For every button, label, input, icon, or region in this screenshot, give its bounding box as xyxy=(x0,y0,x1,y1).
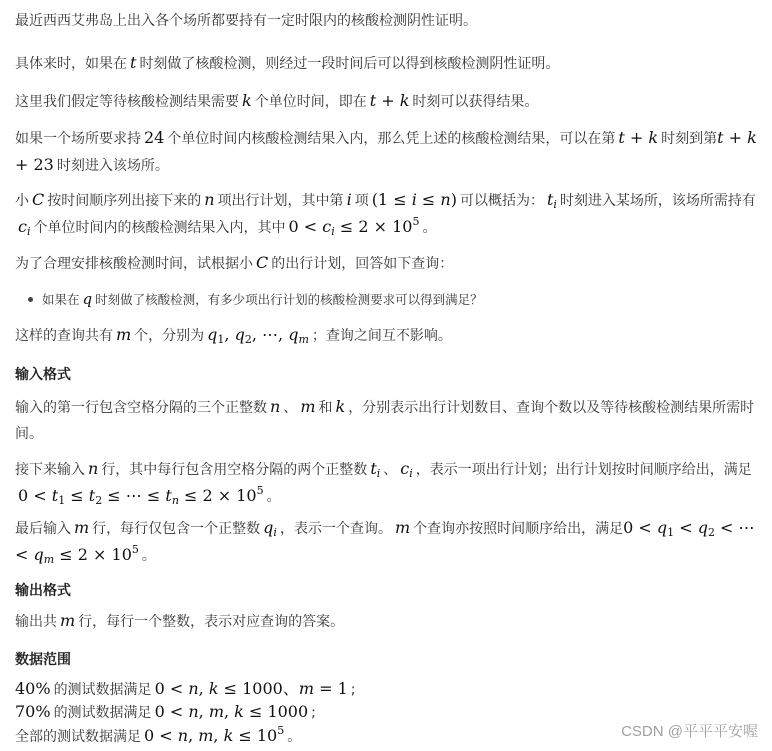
math-i-range: (1 ≤ i ≤ n) xyxy=(369,190,460,209)
math-t-i: ti xyxy=(367,459,383,478)
text: 的测试数据满足 xyxy=(54,705,152,721)
math-t-plus-k: t + k xyxy=(367,91,413,110)
text: 行，每行仅包含一个正整数 xyxy=(92,521,260,537)
text: 。 xyxy=(267,489,281,505)
text: 具体来时，如果在 xyxy=(15,56,127,72)
text: 全部的测试数据满足 xyxy=(15,729,141,745)
text: 可以概括为： xyxy=(460,193,544,209)
input-plans-paragraph: 接下来输入n行，其中每行包含用空格分隔的两个正整数ti、ci，表示一项出行计划；… xyxy=(15,456,760,510)
math-q: q xyxy=(80,290,96,308)
plans-paragraph: 小C按时间顺序列出接下来的n项出行计划，其中第i项(1 ≤ i ≤ n)可以概括… xyxy=(15,187,760,241)
text: 时刻进入该场所。 xyxy=(57,158,169,174)
text: 项出行计划，其中第 xyxy=(218,193,344,209)
text: 个单位时间内的核酸检测结果入内，其中 xyxy=(34,220,286,236)
math-t: t xyxy=(127,53,139,72)
math-C: C xyxy=(253,253,271,272)
math-C: C xyxy=(29,190,47,209)
text: 项 xyxy=(355,193,369,209)
text: ，表示一项出行计划；出行计划按时间顺序给出，满足 xyxy=(416,462,752,478)
data-range-heading: 数据范围 xyxy=(15,647,71,673)
math-m: m xyxy=(71,518,92,537)
math-q-list: q1, q2, ⋯, qm xyxy=(204,325,312,344)
csdn-watermark: CSDN @平平平安喔 xyxy=(621,720,758,741)
math-m: m xyxy=(392,518,413,537)
data-range-line-1: 40%的测试数据满足0 < n, k ≤ 1000、m = 1; xyxy=(15,677,760,702)
wait-time-paragraph: 这里我们假定等待核酸检测结果需要k个单位时间，即在t + k时刻可以获得结果。 xyxy=(15,88,760,115)
query-bullet-item: 如果在q时刻做了核酸检测，有多少项出行计划的核酸检测要求可以得到满足？ xyxy=(28,287,758,312)
math-range-40: 0 < n, k ≤ 1000、m = 1 xyxy=(152,679,351,698)
math-k: k xyxy=(332,397,348,416)
text: 接下来输入 xyxy=(15,462,85,478)
text: 最近西西艾弗岛上出入各个场所都要持有一定时限内的核酸检测阴性证明。 xyxy=(15,13,477,29)
text: ; xyxy=(311,705,316,721)
text: 输入的第一行包含空格分隔的三个正整数 xyxy=(15,400,267,416)
percent-70: 70% xyxy=(15,702,54,721)
text: 输出共 xyxy=(15,614,57,630)
text: 如果一个场所要求持 xyxy=(15,131,141,147)
math-c-i: ci xyxy=(15,217,34,236)
math-m: m xyxy=(113,325,134,344)
test-time-paragraph: 具体来时，如果在t时刻做了核酸检测，则经过一段时间后可以得到核酸检测阴性证明。 xyxy=(15,50,760,77)
text: 为了合理安排核酸检测时间，试根据小 xyxy=(15,256,253,272)
text: 个单位时间，即在 xyxy=(255,94,367,110)
text: 。 xyxy=(287,729,301,745)
text: ，表示一个查询。 xyxy=(280,521,392,537)
text: 时刻进入某场所，该场所需持有 xyxy=(560,193,756,209)
text: 按时间顺序列出接下来的 xyxy=(47,193,201,209)
math-24: 24 xyxy=(141,128,167,147)
math-n: n xyxy=(85,459,101,478)
intro-paragraph: 最近西西艾弗岛上出入各个场所都要持有一定时限内的核酸检测阴性证明。 xyxy=(15,8,760,34)
text: 小 xyxy=(15,193,29,209)
text: 如果在 xyxy=(42,292,80,307)
math-i: i xyxy=(344,190,355,209)
input-first-line-paragraph: 输入的第一行包含空格分隔的三个正整数n、m和k，分别表示出行计划数目、查询个数以… xyxy=(15,394,760,447)
text: 时刻到第 xyxy=(661,131,717,147)
math-n: n xyxy=(267,397,283,416)
output-paragraph: 输出共m行，每行一个整数，表示对应查询的答案。 xyxy=(15,608,760,635)
bullet-icon xyxy=(28,297,33,302)
text: 和 xyxy=(318,400,332,416)
text: ；查询之间互不影响。 xyxy=(312,328,452,344)
text: 。 xyxy=(142,548,156,564)
text: 个单位时间内核酸检测结果入内，那么凭上述的核酸检测结果，可以在第 xyxy=(167,131,615,147)
math-range-70: 0 < n, m, k ≤ 1000 xyxy=(152,702,312,721)
text: 的测试数据满足 xyxy=(54,682,152,698)
math-t-plus-k: t + k xyxy=(615,128,661,147)
query-intro-paragraph: 为了合理安排核酸检测时间，试根据小C的出行计划，回答如下查询： xyxy=(15,250,760,277)
input-queries-paragraph: 最后输入m行，每行仅包含一个正整数qi，表示一个查询。m个查询亦按照时间顺序给出… xyxy=(15,515,760,569)
math-c-i-bound: 0 < ci ≤ 2 × 105 xyxy=(286,217,423,236)
math-range-all: 0 < n, m, k ≤ 105 xyxy=(141,726,287,745)
text: 最后输入 xyxy=(15,521,71,537)
query-count-paragraph: 这样的查询共有m个，分别为q1, q2, ⋯, qm；查询之间互不影响。 xyxy=(15,322,760,349)
math-t-order: 0 < t1 ≤ t2 ≤ ⋯ ≤ tn ≤ 2 × 105 xyxy=(15,486,267,505)
text: 这里我们假定等待核酸检测结果需要 xyxy=(15,94,239,110)
text: 、 xyxy=(283,400,297,416)
text: 这样的查询共有 xyxy=(15,328,113,344)
math-k: k xyxy=(239,91,255,110)
text: 、 xyxy=(383,462,397,478)
math-m: m xyxy=(297,397,318,416)
text: 时刻可以获得结果。 xyxy=(412,94,538,110)
text: 个，分别为 xyxy=(134,328,204,344)
text: ; xyxy=(351,682,356,698)
validity-paragraph: 如果一个场所要求持24个单位时间内核酸检测结果入内，那么凭上述的核酸检测结果，可… xyxy=(15,125,760,179)
text: 。 xyxy=(422,220,436,236)
math-m: m xyxy=(57,611,78,630)
text: 行，其中每行包含用空格分隔的两个正整数 xyxy=(101,462,367,478)
text: 个查询亦按照时间顺序给出，满足 xyxy=(413,521,623,537)
text: 行，每行一个整数，表示对应查询的答案。 xyxy=(78,614,344,630)
percent-40: 40% xyxy=(15,679,54,698)
output-format-heading: 输出格式 xyxy=(15,578,71,604)
input-format-heading: 输入格式 xyxy=(15,362,71,388)
math-q-i: qi xyxy=(260,518,280,537)
text: 的出行计划，回答如下查询： xyxy=(271,256,453,272)
text: 时刻做了核酸检测，则经过一段时间后可以得到核酸检测阴性证明。 xyxy=(139,56,559,72)
math-t-i: ti xyxy=(544,190,560,209)
math-c-i: ci xyxy=(397,459,416,478)
text: 时刻做了核酸检测，有多少项出行计划的核酸检测要求可以得到满足？ xyxy=(95,292,483,307)
math-n: n xyxy=(201,190,217,209)
